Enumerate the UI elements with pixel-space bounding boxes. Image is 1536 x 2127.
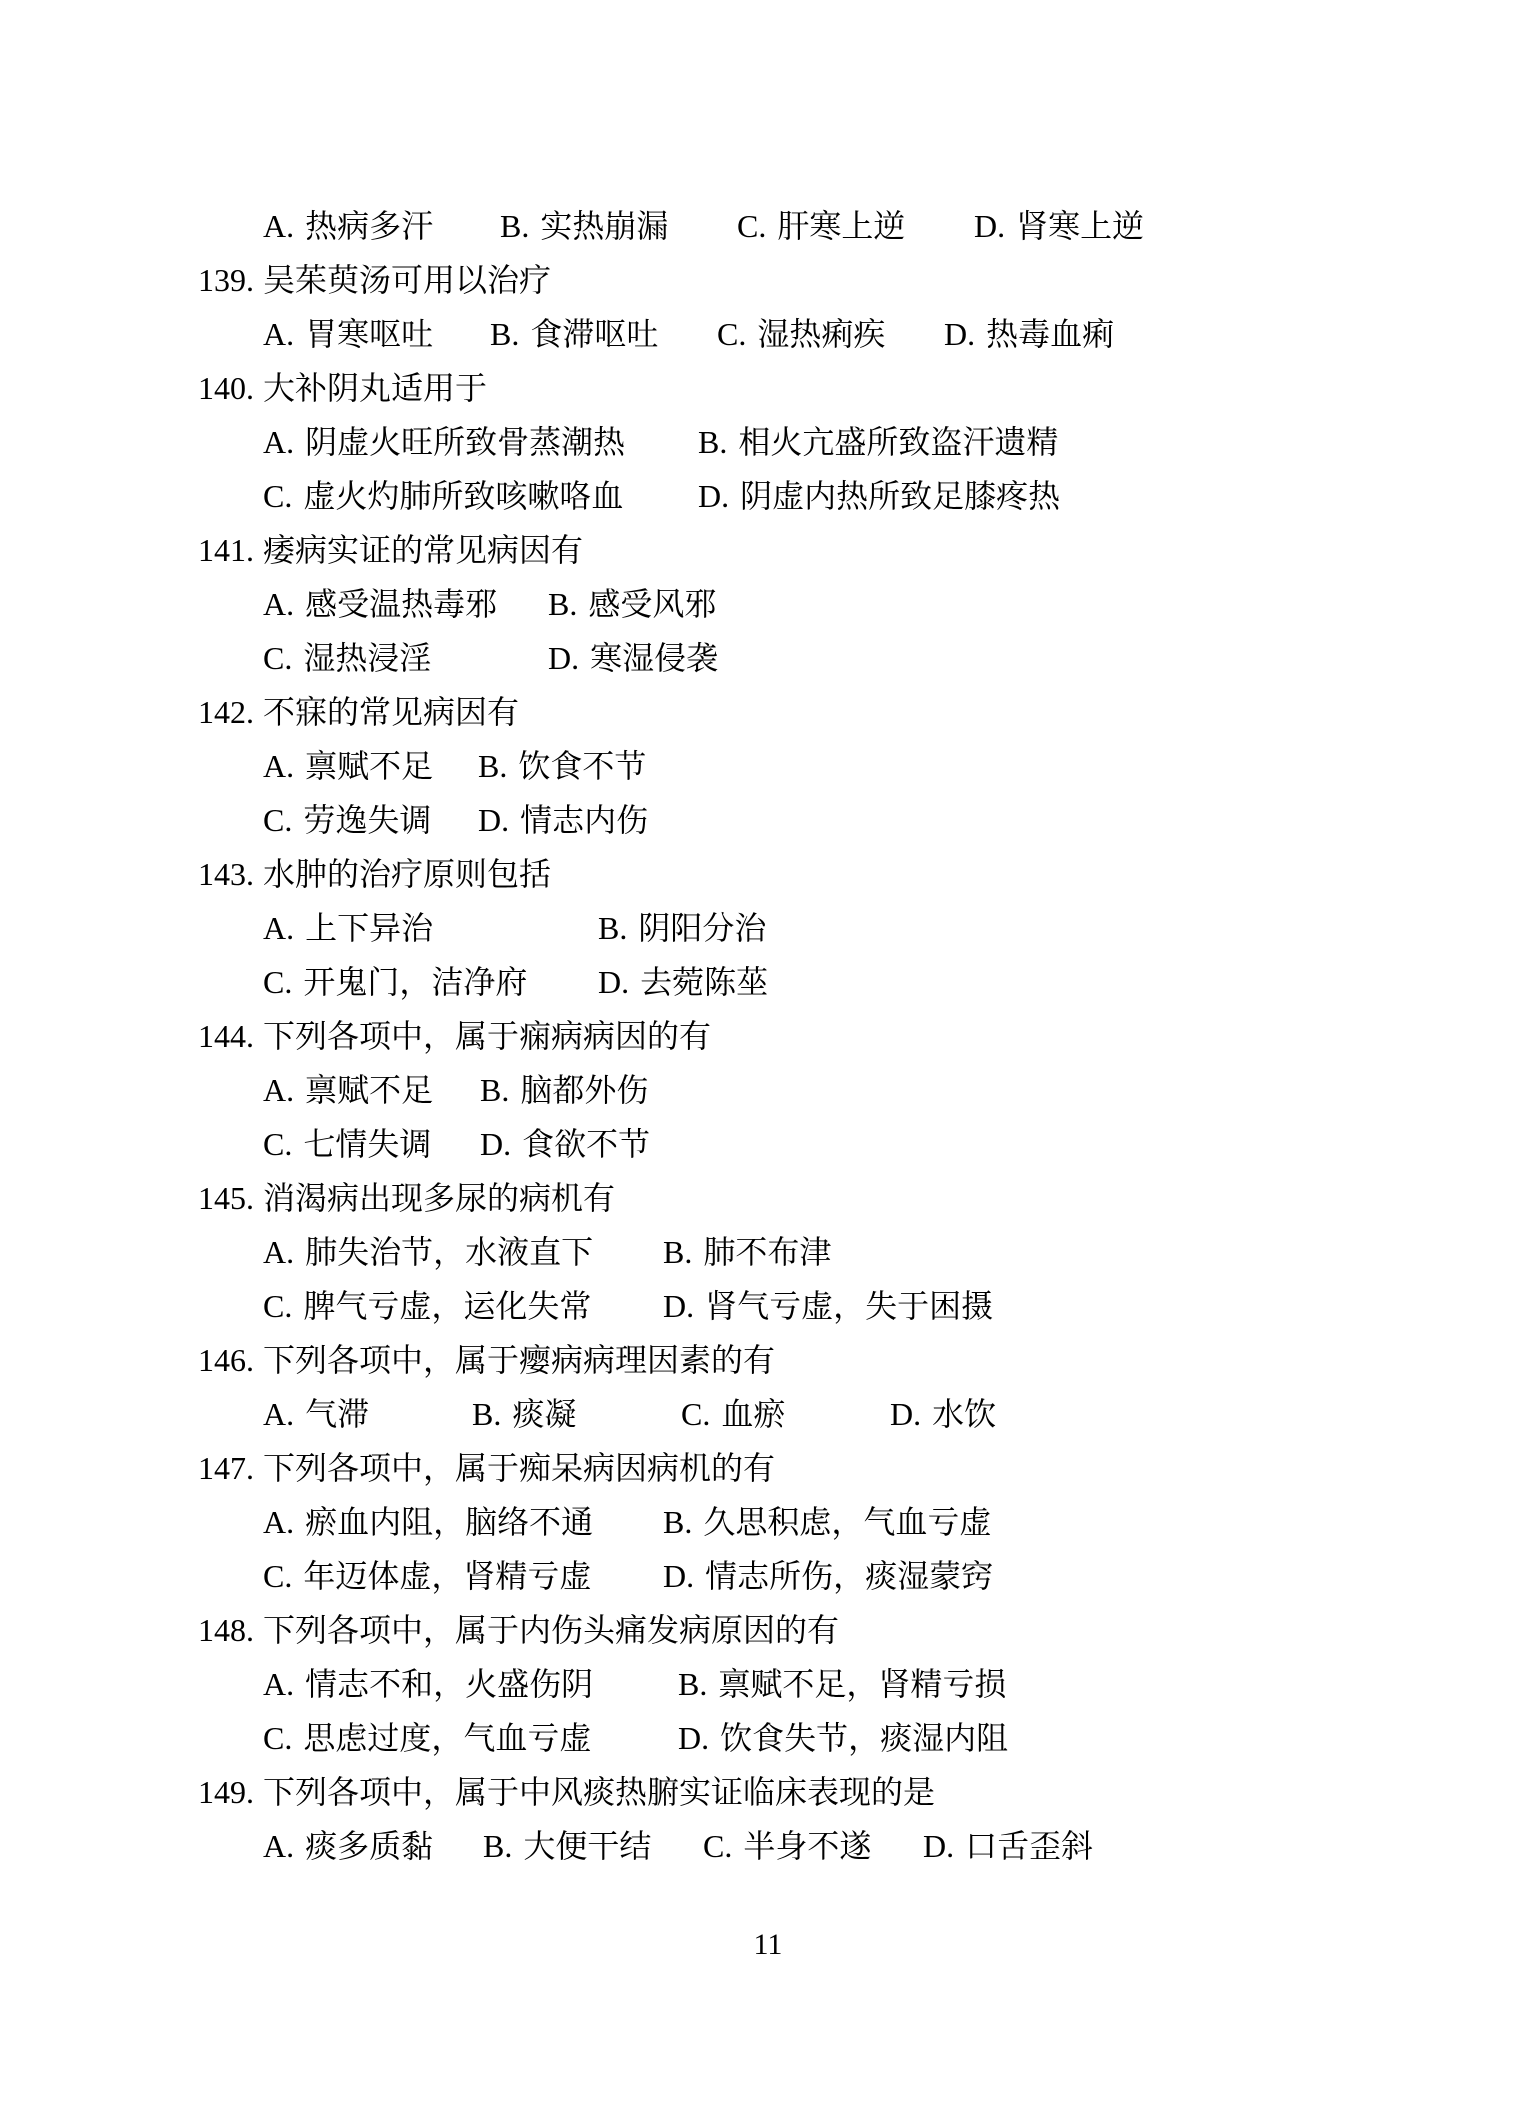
option-text: 情志不和，火盛伤阴 <box>305 1666 593 1702</box>
option-label: C. <box>263 1279 292 1333</box>
option-label: C. <box>263 1549 292 1603</box>
options-row: A.禀赋不足B.脑都外伤 <box>0 1063 1536 1117</box>
option-text: 气滞 <box>305 1396 369 1432</box>
option-item: D.肾寒上逆 <box>974 199 1144 253</box>
option-label: D. <box>944 307 975 361</box>
option-label: B. <box>548 577 577 631</box>
option-item: B.实热崩漏 <box>500 199 737 253</box>
option-text: 湿热浸淫 <box>303 640 431 676</box>
option-text: 脑都外伤 <box>520 1072 648 1108</box>
option-text: 寒湿侵袭 <box>590 640 718 676</box>
option-label: C. <box>717 307 746 361</box>
option-label: D. <box>663 1279 694 1333</box>
option-text: 热病多汗 <box>305 208 433 244</box>
option-item: B.大便干结 <box>483 1819 703 1873</box>
option-text: 禀赋不足，肾精亏损 <box>718 1666 1006 1702</box>
options-row: C.思虑过度，气血亏虚D.饮食失节，痰湿内阻 <box>0 1711 1536 1765</box>
option-item: C.半身不遂 <box>703 1819 923 1873</box>
option-item: A.感受温热毒邪 <box>263 577 548 631</box>
option-label: B. <box>598 901 627 955</box>
option-item: C.年迈体虚，肾精亏虚 <box>263 1549 663 1603</box>
question-text: 痿病实证的常见病因有 <box>263 532 583 568</box>
option-label: B. <box>698 415 727 469</box>
options-row: C.劳逸失调D.情志内伤 <box>0 793 1536 847</box>
option-text: 肺不布津 <box>703 1234 831 1270</box>
option-label: A. <box>263 1387 294 1441</box>
option-text: 口舌歪斜 <box>965 1828 1093 1864</box>
option-item: D.热毒血痢 <box>944 307 1114 361</box>
option-label: A. <box>263 307 294 361</box>
options-row: A.肺失治节，水液直下B.肺不布津 <box>0 1225 1536 1279</box>
option-item: D.情志所伤，痰湿蒙窍 <box>663 1549 993 1603</box>
option-label: D. <box>974 199 1005 253</box>
option-label: A. <box>263 1225 294 1279</box>
option-item: C.思虑过度，气血亏虚 <box>263 1711 678 1765</box>
option-text: 年迈体虚，肾精亏虚 <box>303 1558 591 1594</box>
option-item: B.相火亢盛所致盗汗遗精 <box>698 415 1058 469</box>
question-text: 不寐的常见病因有 <box>263 694 519 730</box>
option-label: B. <box>490 307 519 361</box>
question-stem: 144.下列各项中，属于痫病病因的有 <box>0 1009 1536 1063</box>
option-item: A.情志不和，火盛伤阴 <box>263 1657 678 1711</box>
option-item: B.禀赋不足，肾精亏损 <box>678 1657 1006 1711</box>
options-row: C.开鬼门，洁净府D.去菀陈莝 <box>0 955 1536 1009</box>
question-stem: 147.下列各项中，属于痴呆病因病机的有 <box>0 1441 1536 1495</box>
option-text: 饮食失节，痰湿内阻 <box>720 1720 1008 1756</box>
option-text: 痰凝 <box>512 1396 576 1432</box>
option-text: 禀赋不足 <box>305 1072 433 1108</box>
option-item: D.寒湿侵袭 <box>548 631 718 685</box>
question-text: 吴茱萸汤可用以治疗 <box>263 262 551 298</box>
question-text: 消渴病出现多尿的病机有 <box>263 1180 615 1216</box>
option-item: D.阴虚内热所致足膝疼热 <box>698 469 1060 523</box>
option-text: 久思积虑，气血亏虚 <box>703 1504 991 1540</box>
option-label: D. <box>923 1819 954 1873</box>
options-row: C.湿热浸淫D.寒湿侵袭 <box>0 631 1536 685</box>
option-text: 上下异治 <box>305 910 433 946</box>
option-item: B.久思积虑，气血亏虚 <box>663 1495 991 1549</box>
option-text: 去菀陈莝 <box>640 964 768 1000</box>
option-label: A. <box>263 415 294 469</box>
question-number: 146. <box>198 1333 263 1387</box>
option-item: C.肝寒上逆 <box>737 199 974 253</box>
option-text: 实热崩漏 <box>540 208 668 244</box>
option-text: 情志所伤，痰湿蒙窍 <box>705 1558 993 1594</box>
question-stem: 145.消渴病出现多尿的病机有 <box>0 1171 1536 1225</box>
option-label: D. <box>598 955 629 1009</box>
options-row: A.上下异治B.阴阳分治 <box>0 901 1536 955</box>
options-row: C.七情失调D.食欲不节 <box>0 1117 1536 1171</box>
question-text: 下列各项中，属于内伤头痛发病原因的有 <box>263 1612 839 1648</box>
option-text: 胃寒呕吐 <box>305 316 433 352</box>
question-stem: 139.吴茱萸汤可用以治疗 <box>0 253 1536 307</box>
option-item: C.劳逸失调 <box>263 793 478 847</box>
option-text: 相火亢盛所致盗汗遗精 <box>738 424 1058 460</box>
option-text: 开鬼门，洁净府 <box>303 964 527 1000</box>
option-text: 禀赋不足 <box>305 748 433 784</box>
question-number: 148. <box>198 1603 263 1657</box>
option-label: B. <box>478 739 507 793</box>
question-text: 下列各项中，属于痴呆病因病机的有 <box>263 1450 775 1486</box>
question-text: 水肿的治疗原则包括 <box>263 856 551 892</box>
option-label: A. <box>263 577 294 631</box>
options-row: A.感受温热毒邪B.感受风邪 <box>0 577 1536 631</box>
option-item: B.饮食不节 <box>478 739 646 793</box>
option-text: 瘀血内阻，脑络不通 <box>305 1504 593 1540</box>
options-row: C.脾气亏虚，运化失常D.肾气亏虚，失于困摄 <box>0 1279 1536 1333</box>
option-label: D. <box>548 631 579 685</box>
question-text: 大补阴丸适用于 <box>263 370 487 406</box>
option-item: D.肾气亏虚，失于困摄 <box>663 1279 993 1333</box>
option-text: 热毒血痢 <box>986 316 1114 352</box>
option-item: A.禀赋不足 <box>263 739 478 793</box>
options-row: A.胃寒呕吐B.食滞呕吐C.湿热痢疾D.热毒血痢 <box>0 307 1536 361</box>
options-row: A.禀赋不足B.饮食不节 <box>0 739 1536 793</box>
question-stem: 148.下列各项中，属于内伤头痛发病原因的有 <box>0 1603 1536 1657</box>
option-label: A. <box>263 901 294 955</box>
question-stem: 143.水肿的治疗原则包括 <box>0 847 1536 901</box>
option-label: A. <box>263 739 294 793</box>
option-label: C. <box>737 199 766 253</box>
question-number: 140. <box>198 361 263 415</box>
option-item: D.口舌歪斜 <box>923 1819 1093 1873</box>
option-item: B.食滞呕吐 <box>490 307 717 361</box>
option-label: D. <box>663 1549 694 1603</box>
option-text: 阴虚内热所致足膝疼热 <box>740 478 1060 514</box>
option-text: 虚火灼肺所致咳嗽咯血 <box>303 478 623 514</box>
option-item: D.食欲不节 <box>480 1117 650 1171</box>
question-number: 149. <box>198 1765 263 1819</box>
option-text: 湿热痢疾 <box>757 316 885 352</box>
option-text: 肾寒上逆 <box>1016 208 1144 244</box>
option-label: D. <box>890 1387 921 1441</box>
options-row: A.瘀血内阻，脑络不通B.久思积虑，气血亏虚 <box>0 1495 1536 1549</box>
option-item: A.阴虚火旺所致骨蒸潮热 <box>263 415 698 469</box>
option-item: C.虚火灼肺所致咳嗽咯血 <box>263 469 698 523</box>
option-label: B. <box>678 1657 707 1711</box>
option-item: C.湿热痢疾 <box>717 307 944 361</box>
option-item: A.禀赋不足 <box>263 1063 480 1117</box>
option-text: 水饮 <box>932 1396 996 1432</box>
option-label: C. <box>263 631 292 685</box>
option-text: 痰多质黏 <box>305 1828 433 1864</box>
option-text: 肺失治节，水液直下 <box>305 1234 593 1270</box>
option-text: 半身不遂 <box>743 1828 871 1864</box>
option-label: C. <box>263 793 292 847</box>
option-label: B. <box>480 1063 509 1117</box>
option-item: C.七情失调 <box>263 1117 480 1171</box>
question-number: 145. <box>198 1171 263 1225</box>
question-stem: 146.下列各项中，属于瘿病病理因素的有 <box>0 1333 1536 1387</box>
question-number: 141. <box>198 523 263 577</box>
question-number: 147. <box>198 1441 263 1495</box>
option-label: A. <box>263 199 294 253</box>
exam-document-page: A.热病多汗B.实热崩漏C.肝寒上逆D.肾寒上逆139.吴茱萸汤可用以治疗A.胃… <box>0 0 1536 2127</box>
option-item: A.瘀血内阻，脑络不通 <box>263 1495 663 1549</box>
option-item: C.脾气亏虚，运化失常 <box>263 1279 663 1333</box>
option-label: A. <box>263 1063 294 1117</box>
option-text: 饮食不节 <box>518 748 646 784</box>
option-text: 感受风邪 <box>588 586 716 622</box>
option-item: B.感受风邪 <box>548 577 716 631</box>
option-item: A.胃寒呕吐 <box>263 307 490 361</box>
option-label: C. <box>263 469 292 523</box>
option-label: D. <box>698 469 729 523</box>
question-stem: 141.痿病实证的常见病因有 <box>0 523 1536 577</box>
question-number: 139. <box>198 253 263 307</box>
option-label: B. <box>483 1819 512 1873</box>
option-label: D. <box>480 1117 511 1171</box>
option-item: B.阴阳分治 <box>598 901 766 955</box>
option-text: 情志内伤 <box>520 802 648 838</box>
question-stem: 140.大补阴丸适用于 <box>0 361 1536 415</box>
option-item: B.痰凝 <box>472 1387 681 1441</box>
options-row: A.热病多汗B.实热崩漏C.肝寒上逆D.肾寒上逆 <box>0 199 1536 253</box>
page-footer: 11 <box>0 1918 1536 1972</box>
options-row: A.痰多质黏B.大便干结C.半身不遂D.口舌歪斜 <box>0 1819 1536 1873</box>
option-label: A. <box>263 1495 294 1549</box>
option-text: 脾气亏虚，运化失常 <box>303 1288 591 1324</box>
option-item: C.湿热浸淫 <box>263 631 548 685</box>
page-number: 11 <box>754 1928 783 1961</box>
option-label: A. <box>263 1657 294 1711</box>
option-item: C.开鬼门，洁净府 <box>263 955 598 1009</box>
options-row: A.阴虚火旺所致骨蒸潮热B.相火亢盛所致盗汗遗精 <box>0 415 1536 469</box>
option-text: 阴虚火旺所致骨蒸潮热 <box>305 424 625 460</box>
option-text: 七情失调 <box>303 1126 431 1162</box>
option-text: 阴阳分治 <box>638 910 766 946</box>
option-label: A. <box>263 1819 294 1873</box>
option-label: C. <box>263 1711 292 1765</box>
question-text: 下列各项中，属于瘿病病理因素的有 <box>263 1342 775 1378</box>
option-item: D.情志内伤 <box>478 793 648 847</box>
question-text: 下列各项中，属于痫病病因的有 <box>263 1018 711 1054</box>
question-number: 144. <box>198 1009 263 1063</box>
option-text: 感受温热毒邪 <box>305 586 497 622</box>
option-item: D.水饮 <box>890 1387 996 1441</box>
question-number: 142. <box>198 685 263 739</box>
option-item: A.上下异治 <box>263 901 598 955</box>
options-row: A.情志不和，火盛伤阴B.禀赋不足，肾精亏损 <box>0 1657 1536 1711</box>
option-item: A.肺失治节，水液直下 <box>263 1225 663 1279</box>
option-item: A.热病多汗 <box>263 199 500 253</box>
option-text: 食欲不节 <box>522 1126 650 1162</box>
option-item: D.去菀陈莝 <box>598 955 768 1009</box>
option-label: C. <box>263 1117 292 1171</box>
option-label: B. <box>472 1387 501 1441</box>
options-row: C.虚火灼肺所致咳嗽咯血D.阴虚内热所致足膝疼热 <box>0 469 1536 523</box>
option-item: D.饮食失节，痰湿内阻 <box>678 1711 1008 1765</box>
option-text: 血瘀 <box>721 1396 785 1432</box>
option-text: 肝寒上逆 <box>777 208 905 244</box>
option-text: 肾气亏虚，失于困摄 <box>705 1288 993 1324</box>
question-stem: 149.下列各项中，属于中风痰热腑实证临床表现的是 <box>0 1765 1536 1819</box>
option-item: A.气滞 <box>263 1387 472 1441</box>
option-label: B. <box>663 1495 692 1549</box>
option-label: C. <box>703 1819 732 1873</box>
question-stem: 142.不寐的常见病因有 <box>0 685 1536 739</box>
option-item: C.血瘀 <box>681 1387 890 1441</box>
option-text: 劳逸失调 <box>303 802 431 838</box>
option-text: 食滞呕吐 <box>530 316 658 352</box>
option-label: C. <box>263 955 292 1009</box>
option-item: B.肺不布津 <box>663 1225 831 1279</box>
option-label: D. <box>678 1711 709 1765</box>
option-text: 大便干结 <box>523 1828 651 1864</box>
option-item: B.脑都外伤 <box>480 1063 648 1117</box>
option-label: B. <box>500 199 529 253</box>
option-label: B. <box>663 1225 692 1279</box>
question-list: A.热病多汗B.实热崩漏C.肝寒上逆D.肾寒上逆139.吴茱萸汤可用以治疗A.胃… <box>0 199 1536 1873</box>
question-number: 143. <box>198 847 263 901</box>
options-row: A.气滞B.痰凝C.血瘀D.水饮 <box>0 1387 1536 1441</box>
option-text: 思虑过度，气血亏虚 <box>303 1720 591 1756</box>
option-item: A.痰多质黏 <box>263 1819 483 1873</box>
question-text: 下列各项中，属于中风痰热腑实证临床表现的是 <box>263 1774 935 1810</box>
options-row: C.年迈体虚，肾精亏虚D.情志所伤，痰湿蒙窍 <box>0 1549 1536 1603</box>
option-label: D. <box>478 793 509 847</box>
option-label: C. <box>681 1387 710 1441</box>
